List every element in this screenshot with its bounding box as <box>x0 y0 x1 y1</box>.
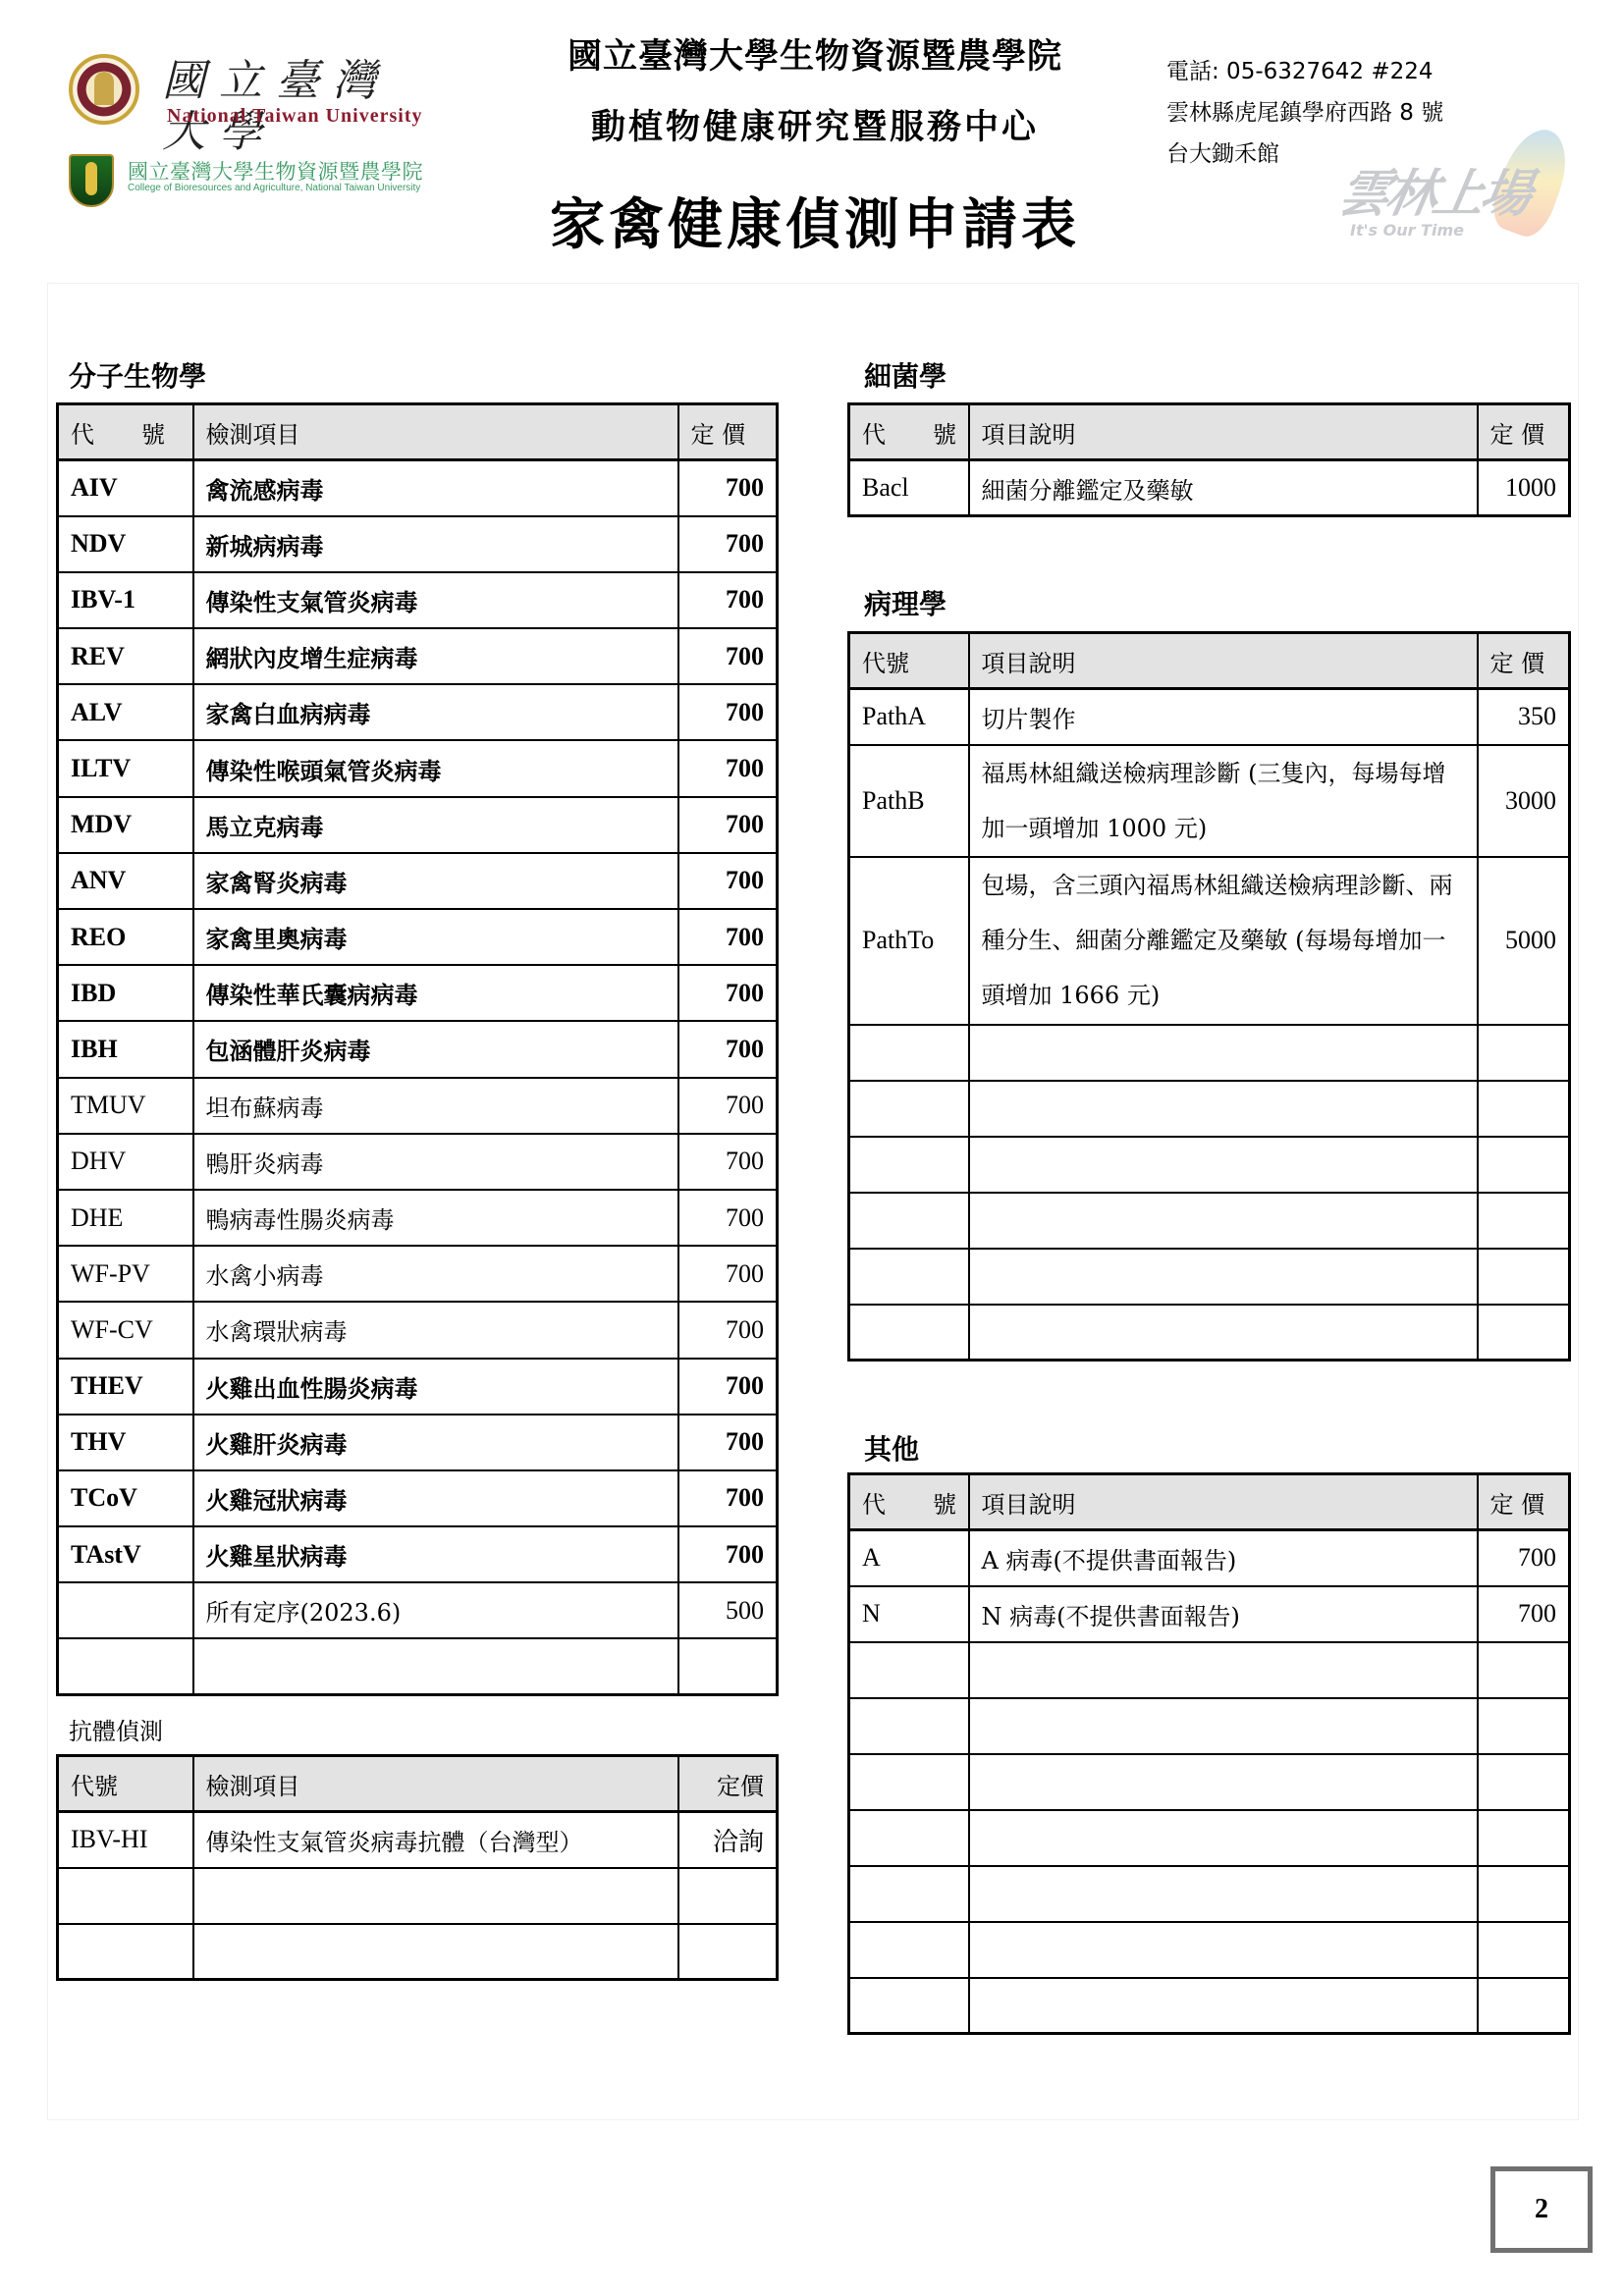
code-cell[interactable]: THV <box>58 1415 193 1470</box>
price-cell[interactable] <box>1478 1137 1570 1193</box>
item-cell[interactable]: 傳染性喉頭氣管炎病毒 <box>193 740 678 796</box>
table-row: AIV禽流感病毒700 <box>58 460 778 516</box>
header-item: 項目說明 <box>969 633 1478 689</box>
item-cell[interactable]: 福馬林組織送檢病理診斷 (三隻內，每場每增加一頭增加 1000 元) <box>969 745 1478 857</box>
other-section-title: 其他 <box>864 1428 919 1468</box>
price-cell[interactable]: 700 <box>678 1470 778 1526</box>
item-cell[interactable]: 鴨肝炎病毒 <box>193 1134 678 1190</box>
item-cell[interactable]: 包場，含三頭內福馬林組織送檢病理診斷、兩種分生、細菌分離鑑定及藥敏 (每場每增加… <box>969 857 1478 1025</box>
table-header-row: 代號 檢測項目 定價 <box>58 1756 778 1812</box>
price-cell[interactable] <box>678 1638 778 1694</box>
table-row <box>58 1638 778 1694</box>
table-row <box>849 1249 1570 1305</box>
pathology-section-title: 病理學 <box>864 583 947 622</box>
item-cell[interactable]: 傳染性支氣管炎病毒 <box>193 572 678 628</box>
code-cell[interactable] <box>849 1193 969 1249</box>
item-cell[interactable]: 鴨病毒性腸炎病毒 <box>193 1190 678 1246</box>
table-row: ALV家禽白血病病毒700 <box>58 684 778 740</box>
header-code: 代 號 <box>849 404 969 460</box>
table-row: TCoV火雞冠狀病毒700 <box>58 1470 778 1526</box>
table-row: IBV-HI傳染性支氣管炎病毒抗體（台灣型）洽詢 <box>58 1812 778 1868</box>
header-item: 項目說明 <box>969 404 1478 460</box>
code-cell[interactable]: REO <box>58 909 193 965</box>
price-cell[interactable] <box>1478 1698 1570 1754</box>
code-cell[interactable]: DHV <box>58 1134 193 1190</box>
item-cell[interactable] <box>969 1698 1478 1754</box>
table-header-row: 代號 項目說明 定 價 <box>849 633 1570 689</box>
table-row: THEV火雞出血性腸炎病毒700 <box>58 1359 778 1415</box>
table-row <box>58 1868 778 1924</box>
code-cell[interactable]: N <box>849 1586 969 1642</box>
header-price: 定價 <box>678 1756 778 1812</box>
price-cell[interactable]: 700 <box>678 965 778 1021</box>
item-cell[interactable]: 火雞冠狀病毒 <box>193 1470 678 1526</box>
table-row: PathB福馬林組織送檢病理診斷 (三隻內，每場每增加一頭增加 1000 元)3… <box>849 745 1570 857</box>
item-cell[interactable] <box>969 1754 1478 1810</box>
item-cell[interactable] <box>969 1305 1478 1361</box>
header-price: 定 價 <box>1478 1474 1570 1530</box>
item-cell[interactable] <box>193 1868 678 1924</box>
price-cell[interactable]: 700 <box>678 1134 778 1190</box>
price-cell[interactable] <box>1478 1025 1570 1081</box>
item-cell[interactable] <box>969 1249 1478 1305</box>
code-cell[interactable] <box>58 1924 193 1980</box>
item-cell[interactable] <box>969 1810 1478 1866</box>
code-cell[interactable]: IBH <box>58 1021 193 1077</box>
item-cell[interactable]: 禽流感病毒 <box>193 460 678 516</box>
molecular-table: 代 號 檢測項目 定 價 AIV禽流感病毒700NDV新城病病毒700IBV-1… <box>56 402 779 1696</box>
item-cell[interactable]: 馬立克病毒 <box>193 797 678 853</box>
table-row: REO家禽里奧病毒700 <box>58 909 778 965</box>
table-row <box>849 1137 1570 1193</box>
item-cell[interactable]: N 病毒(不提供書面報告) <box>969 1586 1478 1642</box>
header-item: 檢測項目 <box>193 1756 678 1812</box>
item-cell[interactable]: 切片製作 <box>969 689 1478 745</box>
header-code: 代 號 <box>849 1474 969 1530</box>
watermark-text: 雲林上場 <box>1333 152 1535 226</box>
table-row: TMUV坦布蘇病毒700 <box>58 1078 778 1134</box>
table-header-row: 代 號 項目說明 定 價 <box>849 1474 1570 1530</box>
table-header-row: 代 號 項目說明 定 價 <box>849 404 1570 460</box>
yunlin-watermark: 雲林上場 It's Our Time <box>1335 128 1581 265</box>
item-cell[interactable]: 火雞星狀病毒 <box>193 1526 678 1582</box>
code-cell[interactable]: REV <box>58 628 193 684</box>
table-row <box>849 1754 1570 1810</box>
code-cell[interactable]: IBV-1 <box>58 572 193 628</box>
price-cell[interactable]: 700 <box>678 572 778 628</box>
item-cell[interactable]: 坦布蘇病毒 <box>193 1078 678 1134</box>
table-row <box>849 1698 1570 1754</box>
price-cell[interactable]: 700 <box>1478 1530 1570 1586</box>
code-cell[interactable] <box>58 1868 193 1924</box>
code-cell[interactable] <box>849 1137 969 1193</box>
item-cell[interactable] <box>193 1924 678 1980</box>
table-row: DHV鴨肝炎病毒700 <box>58 1134 778 1190</box>
code-cell[interactable]: PathA <box>849 689 969 745</box>
item-cell[interactable]: 火雞肝炎病毒 <box>193 1415 678 1470</box>
price-cell[interactable] <box>1478 1081 1570 1137</box>
table-row: PathA切片製作350 <box>849 689 1570 745</box>
pathology-table: 代號 項目說明 定 價 PathA切片製作350PathB福馬林組織送檢病理診斷… <box>847 631 1571 1362</box>
code-cell[interactable]: IBD <box>58 965 193 1021</box>
item-cell[interactable] <box>969 1081 1478 1137</box>
item-cell[interactable]: 傳染性華氏囊病病毒 <box>193 965 678 1021</box>
code-cell[interactable] <box>58 1638 193 1694</box>
institution-title: 國立臺灣大學生物資源暨農學院 <box>511 29 1119 79</box>
page-number: 2 <box>1490 2166 1593 2253</box>
price-cell[interactable] <box>1478 1922 1570 1978</box>
price-cell[interactable]: 700 <box>678 740 778 796</box>
item-cell[interactable]: 水禽環狀病毒 <box>193 1302 678 1358</box>
header-price: 定 價 <box>1478 404 1570 460</box>
table-row: Bacl細菌分離鑑定及藥敏1000 <box>849 460 1570 516</box>
price-cell[interactable]: 700 <box>678 1078 778 1134</box>
table-row <box>849 1978 1570 2034</box>
price-cell[interactable]: 700 <box>678 628 778 684</box>
price-cell[interactable]: 700 <box>1478 1586 1570 1642</box>
item-cell[interactable]: 火雞出血性腸炎病毒 <box>193 1359 678 1415</box>
code-cell[interactable] <box>58 1582 193 1638</box>
item-cell[interactable] <box>969 1642 1478 1698</box>
price-cell[interactable]: 洽詢 <box>678 1812 778 1868</box>
table-header-row: 代 號 檢測項目 定 價 <box>58 404 778 460</box>
watermark-subtitle: It's Our Time <box>1350 221 1464 240</box>
code-cell[interactable] <box>849 1642 969 1698</box>
price-cell[interactable]: 700 <box>678 1190 778 1246</box>
price-cell[interactable]: 700 <box>678 909 778 965</box>
code-cell[interactable]: DHE <box>58 1190 193 1246</box>
molecular-section-title: 分子生物學 <box>69 355 206 395</box>
price-cell[interactable]: 700 <box>678 797 778 853</box>
table-row <box>849 1642 1570 1698</box>
header-price: 定 價 <box>678 404 778 460</box>
price-cell[interactable] <box>1478 1305 1570 1361</box>
college-logo: 國立臺灣大學生物資源暨農學院 College of Bioresources a… <box>69 152 442 211</box>
price-cell[interactable]: 700 <box>678 1021 778 1077</box>
table-row <box>849 1081 1570 1137</box>
code-cell[interactable]: THEV <box>58 1359 193 1415</box>
price-cell[interactable]: 500 <box>678 1582 778 1638</box>
item-cell[interactable]: 家禽腎炎病毒 <box>193 853 678 909</box>
price-cell[interactable]: 700 <box>678 1415 778 1470</box>
table-row: ANV家禽腎炎病毒700 <box>58 853 778 909</box>
code-cell[interactable] <box>849 1810 969 1866</box>
price-cell[interactable]: 700 <box>678 1302 778 1358</box>
college-logo-english: College of Bioresources and Agriculture,… <box>128 183 420 193</box>
table-row <box>849 1025 1570 1081</box>
table-row: PathTo包場，含三頭內福馬林組織送檢病理診斷、兩種分生、細菌分離鑑定及藥敏 … <box>849 857 1570 1025</box>
price-cell[interactable] <box>1478 1866 1570 1922</box>
code-cell[interactable] <box>849 1305 969 1361</box>
price-cell[interactable]: 700 <box>678 1359 778 1415</box>
code-cell[interactable]: ALV <box>58 684 193 740</box>
code-cell[interactable]: MDV <box>58 797 193 853</box>
price-cell[interactable] <box>678 1868 778 1924</box>
item-cell[interactable]: 傳染性支氣管炎病毒抗體（台灣型） <box>193 1812 678 1868</box>
code-cell[interactable] <box>849 1922 969 1978</box>
item-cell[interactable]: 新城病病毒 <box>193 516 678 572</box>
table-row: ILTV傳染性喉頭氣管炎病毒700 <box>58 740 778 796</box>
table-row: THV火雞肝炎病毒700 <box>58 1415 778 1470</box>
header-code: 代 號 <box>58 404 193 460</box>
code-cell[interactable]: PathB <box>849 745 969 857</box>
price-cell[interactable] <box>1478 1193 1570 1249</box>
center-title: 動植物健康研究暨服務中心 <box>511 100 1119 149</box>
code-cell[interactable]: WF-CV <box>58 1302 193 1358</box>
price-cell[interactable]: 700 <box>678 1526 778 1582</box>
item-cell[interactable] <box>969 1922 1478 1978</box>
price-cell[interactable]: 700 <box>678 516 778 572</box>
item-cell[interactable]: 細菌分離鑑定及藥敏 <box>969 460 1478 516</box>
price-cell[interactable]: 700 <box>678 853 778 909</box>
price-cell[interactable]: 5000 <box>1478 857 1570 1025</box>
item-cell[interactable] <box>969 1866 1478 1922</box>
bacteriology-section-title: 細菌學 <box>864 355 947 395</box>
code-cell[interactable] <box>849 1754 969 1810</box>
table-row: IBD傳染性華氏囊病病毒700 <box>58 965 778 1021</box>
table-row <box>849 1922 1570 1978</box>
item-cell[interactable]: 所有定序(2023.6) <box>193 1582 678 1638</box>
table-row <box>849 1193 1570 1249</box>
code-cell[interactable]: PathTo <box>849 857 969 1025</box>
bacteriology-table: 代 號 項目說明 定 價 Bacl細菌分離鑑定及藥敏1000 <box>847 402 1571 517</box>
code-cell[interactable]: TAstV <box>58 1526 193 1582</box>
code-cell[interactable] <box>849 1249 969 1305</box>
price-cell[interactable] <box>1478 1978 1570 2034</box>
other-table: 代 號 項目說明 定 價 AA 病毒(不提供書面報告)700NN 病毒(不提供書… <box>847 1472 1571 2035</box>
item-cell[interactable]: 家禽白血病病毒 <box>193 684 678 740</box>
form-title: 家禽健康偵測申請表 <box>501 182 1129 260</box>
contact-phone: 電話: 05-6327642 #224 <box>1166 51 1443 92</box>
table-row: WF-PV水禽小病毒700 <box>58 1246 778 1302</box>
table-row: 所有定序(2023.6)500 <box>58 1582 778 1638</box>
table-row: MDV馬立克病毒700 <box>58 797 778 853</box>
header-item: 檢測項目 <box>193 404 678 460</box>
price-cell[interactable] <box>1478 1249 1570 1305</box>
code-cell[interactable]: TMUV <box>58 1078 193 1134</box>
item-cell[interactable] <box>193 1638 678 1694</box>
item-cell[interactable]: A 病毒(不提供書面報告) <box>969 1530 1478 1586</box>
table-row: TAstV火雞星狀病毒700 <box>58 1526 778 1582</box>
price-cell[interactable] <box>678 1924 778 1980</box>
code-cell[interactable]: IBV-HI <box>58 1812 193 1868</box>
code-cell[interactable] <box>849 1866 969 1922</box>
code-cell[interactable]: TCoV <box>58 1470 193 1526</box>
antibody-table: 代號 檢測項目 定價 IBV-HI傳染性支氣管炎病毒抗體（台灣型）洽詢 <box>56 1754 779 1981</box>
item-cell[interactable] <box>969 1978 1478 2034</box>
code-cell[interactable]: ILTV <box>58 740 193 796</box>
table-row: AA 病毒(不提供書面報告)700 <box>849 1530 1570 1586</box>
header-price: 定 價 <box>1478 633 1570 689</box>
item-cell[interactable]: 網狀內皮增生症病毒 <box>193 628 678 684</box>
price-cell[interactable] <box>1478 1754 1570 1810</box>
price-cell[interactable]: 700 <box>678 1246 778 1302</box>
price-cell[interactable]: 3000 <box>1478 745 1570 857</box>
price-cell[interactable] <box>1478 1810 1570 1866</box>
code-cell[interactable]: ANV <box>58 853 193 909</box>
header-item: 項目說明 <box>969 1474 1478 1530</box>
table-row: DHE鴨病毒性腸炎病毒700 <box>58 1190 778 1246</box>
table-row: IBH包涵體肝炎病毒700 <box>58 1021 778 1077</box>
price-cell[interactable]: 700 <box>678 460 778 516</box>
ntu-logo-english: National Taiwan University <box>167 105 422 128</box>
header-code: 代號 <box>849 633 969 689</box>
code-cell[interactable] <box>849 1025 969 1081</box>
price-cell[interactable] <box>1478 1642 1570 1698</box>
table-row: REV網狀內皮增生症病毒700 <box>58 628 778 684</box>
college-logo-chinese: 國立臺灣大學生物資源暨農學院 <box>128 156 423 186</box>
table-row: WF-CV水禽環狀病毒700 <box>58 1302 778 1358</box>
code-cell[interactable] <box>849 1698 969 1754</box>
code-cell[interactable] <box>849 1081 969 1137</box>
item-cell[interactable] <box>969 1193 1478 1249</box>
header-code: 代號 <box>58 1756 193 1812</box>
code-cell[interactable]: NDV <box>58 516 193 572</box>
price-cell[interactable]: 1000 <box>1478 460 1570 516</box>
item-cell[interactable] <box>969 1137 1478 1193</box>
item-cell[interactable]: 水禽小病毒 <box>193 1246 678 1302</box>
college-shield-icon <box>69 154 114 207</box>
code-cell[interactable] <box>849 1978 969 2034</box>
antibody-section-title: 抗體偵測 <box>69 1712 163 1746</box>
table-row <box>849 1305 1570 1361</box>
item-cell[interactable] <box>969 1025 1478 1081</box>
code-cell[interactable]: AIV <box>58 460 193 516</box>
table-row: NN 病毒(不提供書面報告)700 <box>849 1586 1570 1642</box>
ntu-logo: 國立臺灣大學 National Taiwan University <box>69 54 432 133</box>
code-cell[interactable]: WF-PV <box>58 1246 193 1302</box>
price-cell[interactable]: 700 <box>678 684 778 740</box>
table-row <box>58 1924 778 1980</box>
table-row <box>849 1810 1570 1866</box>
item-cell[interactable]: 包涵體肝炎病毒 <box>193 1021 678 1077</box>
ntu-seal-icon <box>69 54 139 125</box>
table-row <box>849 1866 1570 1922</box>
table-row: NDV新城病病毒700 <box>58 516 778 572</box>
price-cell[interactable]: 350 <box>1478 689 1570 745</box>
code-cell[interactable]: A <box>849 1530 969 1586</box>
item-cell[interactable]: 家禽里奧病毒 <box>193 909 678 965</box>
table-row: IBV-1傳染性支氣管炎病毒700 <box>58 572 778 628</box>
code-cell[interactable]: Bacl <box>849 460 969 516</box>
